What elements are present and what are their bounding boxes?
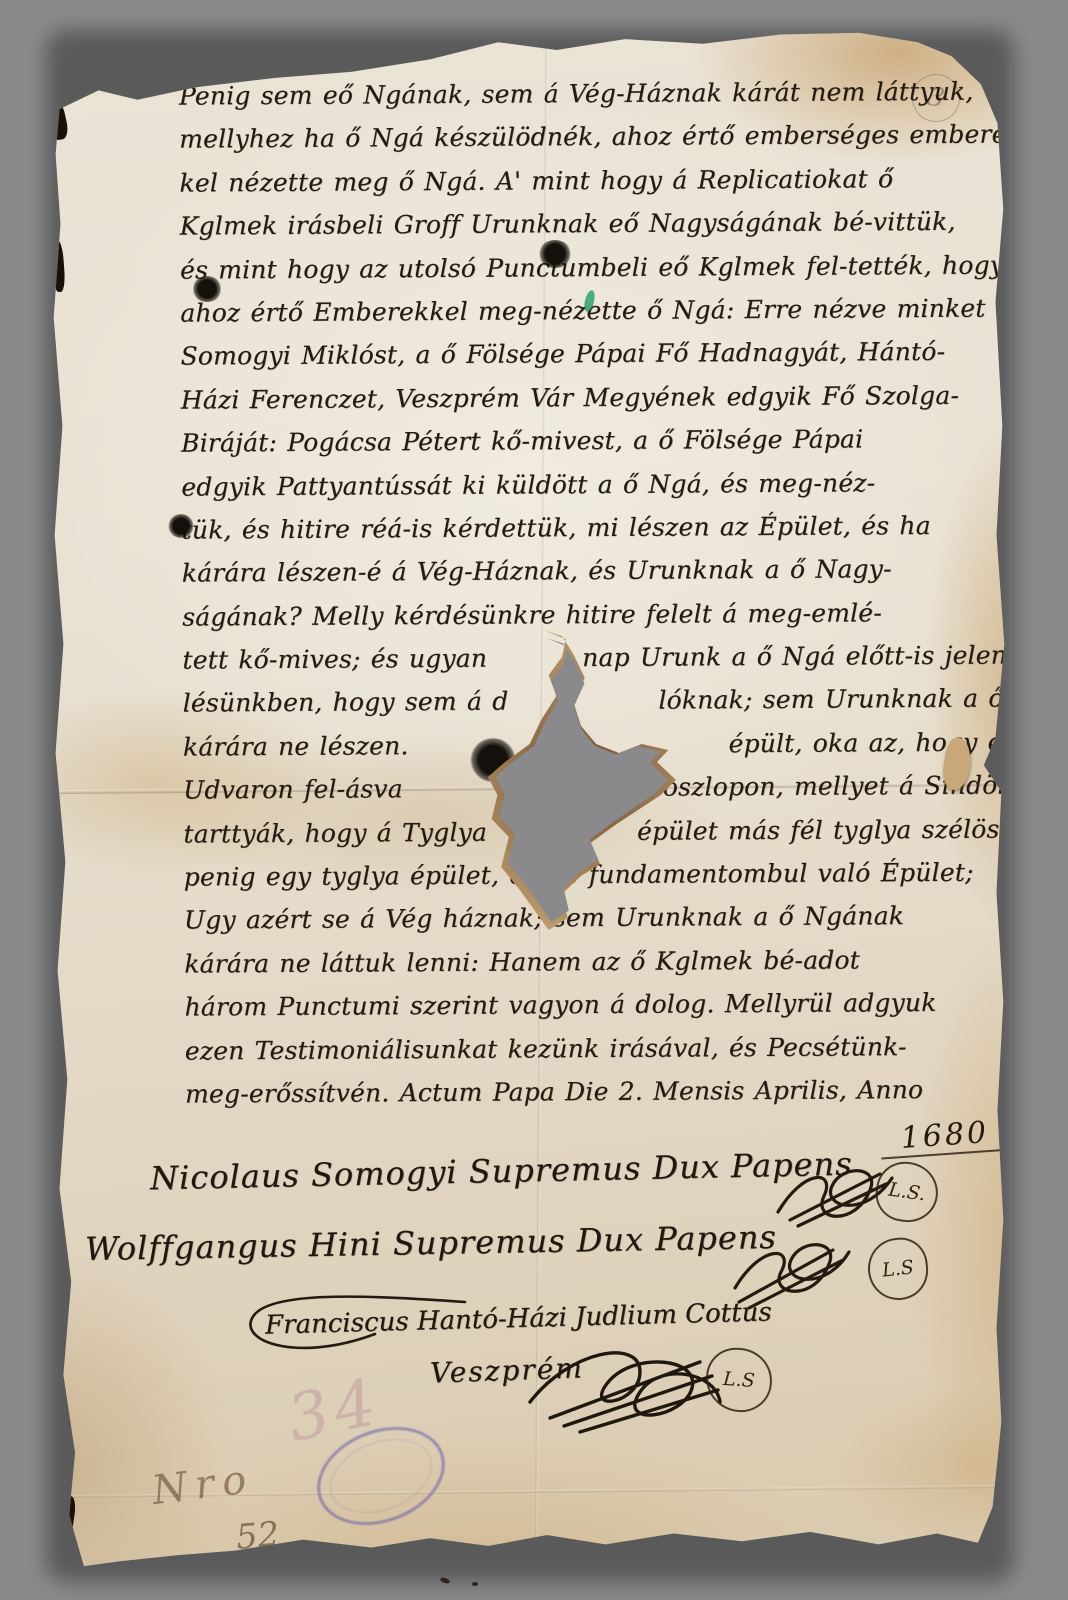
manuscript-line: kel nézette meg ő Ngá. A' mint hogy á Re… <box>179 156 1019 205</box>
line-left-fragment: lésünkben, hogy sem á d <box>183 687 509 718</box>
seal-ls-annotation: L.S <box>865 1235 931 1303</box>
manuscript-line: Kglmek irásbeli Groff Urunknak eő Nagysá… <box>180 200 1020 249</box>
line-left-fragment: Udvaron fel-ásva <box>183 774 403 804</box>
signature-flourish <box>520 1332 730 1437</box>
ink-blot <box>192 276 222 302</box>
date-year: 1680 <box>879 1114 1011 1160</box>
signature-wolffgangus: Wolffgangus Hini Supremus Dux Papens <box>85 1218 777 1268</box>
seal-label: L.S. <box>887 1179 927 1206</box>
manuscript-line: ságának? Melly kérdésünkre hitire felelt… <box>182 590 1022 639</box>
manuscript-line: Biráját: Pogácsa Pétert kő-mivest, a ő F… <box>181 417 1021 466</box>
manuscript-line: ahoz értő Emberekkel meg-nézette ő Ngá: … <box>180 286 1020 335</box>
manuscript-line: Ugy azért se á Vég háznak; sem Urunknak … <box>184 894 1024 943</box>
line-left-fragment: tett kő-mives; és ugyan <box>182 644 487 675</box>
manuscript-line-split: tett kő-mives; és ugyannap Urunk a ő Ngá… <box>182 634 1022 683</box>
line-left-fragment: kárára ne lészen. <box>183 731 409 761</box>
manuscript-line: meg-erőssítvén. Actum Papa Die 2. Mensis… <box>185 1067 1025 1116</box>
seal-label: L.S <box>881 1256 915 1281</box>
manuscript-line: kárára ne láttuk lenni: Hanem az ő Kglme… <box>184 937 1024 986</box>
signature-somogyi: Nicolaus Somogyi Supremus Dux Papens <box>150 1145 853 1198</box>
ink-blot <box>538 240 572 268</box>
manuscript-line: és mint hogy az utolsó Punctumbeli eő Kg… <box>180 243 1020 292</box>
manuscript-line: tük, és hitire réá-is kérdettük, mi lész… <box>181 503 1021 552</box>
ink-blot <box>168 514 194 538</box>
line-right-fragment: nap Urunk a ő Ngá előtt-is jelen- <box>582 641 1016 673</box>
manuscript-line: három Punctumi szerint vagyon á dolog. M… <box>184 981 1024 1030</box>
manuscript-line: Somogyi Miklóst, a ő Fölsége Pápai Fő Ha… <box>180 330 1020 379</box>
manuscript-scan: 3 Penig sem eő Ngának, sem á Vég-Háznak … <box>0 0 1068 1600</box>
manuscript-paper: 3 Penig sem eő Ngának, sem á Vég-Háznak … <box>40 22 1015 1577</box>
manuscript-line: Házi Ferenczet, Veszprém Vár Megyének ed… <box>181 373 1021 422</box>
manuscript-line-split: lésünkben, hogy sem á dlóknak; sem Urunk… <box>183 677 1023 726</box>
debris-speck <box>472 1582 478 1586</box>
manuscript-line: edgyik Pattyantússát ki küldött a ő Ngá,… <box>181 460 1021 509</box>
seal-label: L.S <box>722 1368 755 1392</box>
manuscript-line: Penig sem eő Ngának, sem á Vég-Háznak ká… <box>179 69 1019 118</box>
archival-ink-mark: Nro <box>150 1456 257 1514</box>
manuscript-line: penig egy tyglya épület, és ne fundament… <box>184 850 1024 899</box>
line-right-fragment: épült, oka az, hogy ez <box>728 727 1016 758</box>
manuscript-line: ezen Testimoniálisunkat kezünk irásával,… <box>185 1024 1025 1073</box>
manuscript-line: mellyhez ha ő Ngá készülödnék, ahoz értő… <box>179 113 1019 162</box>
manuscript-text: Penig sem eő Ngának, sem á Vég-Háznak ká… <box>179 69 1025 1115</box>
line-left-fragment: tarttyák, hogy á Tyglya <box>183 817 487 848</box>
signature-flourish <box>725 1230 855 1315</box>
manuscript-line: kárára lészen-é á Vég-Háznak, és Urunkna… <box>182 547 1022 596</box>
hole-gap <box>508 708 658 710</box>
